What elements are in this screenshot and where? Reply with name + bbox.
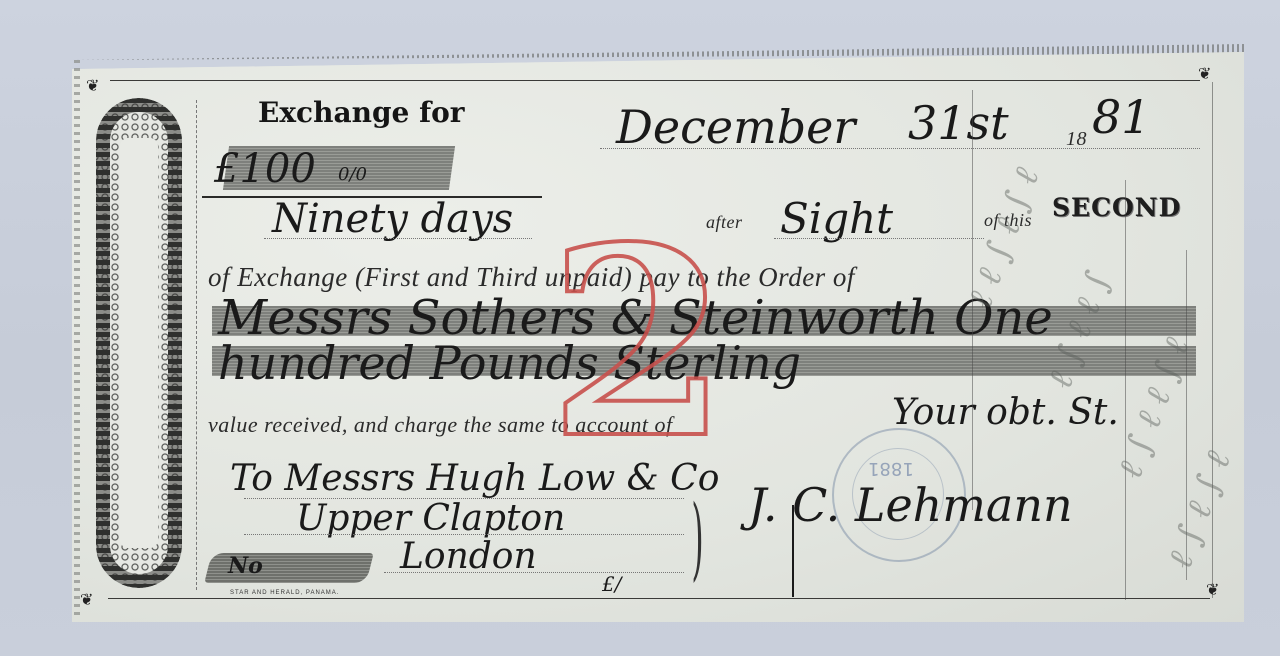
- red-copy-numeral: 2: [548, 214, 729, 474]
- amount-suffix: 0/0: [338, 164, 367, 185]
- corner-ornament-icon: ❦: [80, 590, 93, 609]
- pencil-rule: [1125, 180, 1126, 600]
- second-copy-label: SECOND: [1052, 193, 1181, 222]
- drawee-note: £/: [602, 572, 621, 596]
- date-year-suffix: 81: [1092, 90, 1151, 144]
- corner-ornament-icon: ❦: [1206, 580, 1219, 599]
- drawee-line-3: London: [400, 536, 537, 577]
- top-border-rule: [110, 80, 1200, 81]
- corner-ornament-icon: ❦: [1198, 64, 1211, 83]
- number-label: No: [228, 553, 263, 579]
- drawee-line-1: To Messrs Hugh Low & Co: [230, 458, 719, 499]
- date-day: 31st: [908, 96, 1009, 150]
- corner-ornament-icon: ❦: [86, 76, 99, 95]
- perforated-left-edge: [74, 60, 80, 615]
- exchange-for-title: Exchange for: [258, 96, 465, 129]
- drawer-signature: J. C. Lehmann: [748, 478, 1073, 532]
- printer-imprint: STAR AND HERALD, PANAMA.: [230, 590, 339, 596]
- exchange-instruction-line: of Exchange (First and Third unpaid) pay…: [208, 262, 855, 293]
- date-dotted-line: [600, 148, 1200, 149]
- stub-perforation-line: [196, 100, 197, 590]
- lace-border-ornament: [96, 98, 182, 588]
- drawee-bracket: ): [691, 494, 703, 584]
- ornament-center-panel: [120, 138, 158, 548]
- drawee-line-2: Upper Clapton: [296, 498, 565, 539]
- account-of-value: Your obt. St.: [892, 392, 1119, 433]
- signature-descender-stroke: [792, 505, 794, 597]
- sight-value: Sight: [780, 194, 893, 243]
- drawee-dotted-line-2: [244, 534, 684, 535]
- sight-dotted-line: [774, 238, 984, 239]
- bottom-border-rule: [108, 598, 1210, 599]
- date-month: December: [616, 100, 855, 154]
- term-value: Ninety days: [272, 196, 513, 242]
- postmark-year: 1881: [868, 458, 914, 479]
- term-dotted-line: [264, 238, 532, 239]
- drawee-dotted-line-3: [384, 572, 684, 573]
- amount-value: £100: [214, 146, 316, 192]
